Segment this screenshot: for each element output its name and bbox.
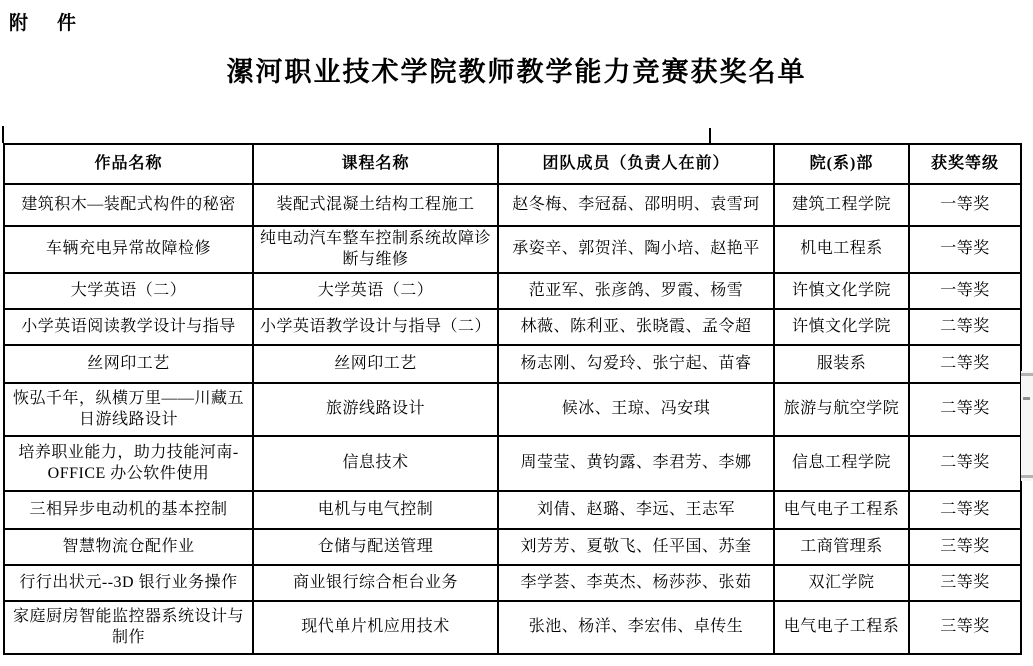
cell-team-members: 刘倩、赵璐、李远、王志军 bbox=[498, 491, 774, 529]
cell-team-members: 张池、杨洋、李宏伟、卓传生 bbox=[498, 601, 774, 654]
column-header-award-level: 获奖等级 bbox=[909, 144, 1021, 184]
header-row: 作品名称 课程名称 团队成员（负责人在前） 院(系)部 获奖等级 bbox=[4, 144, 1021, 184]
cell-award-level: 三等奖 bbox=[909, 601, 1021, 654]
cell-team-members: 候冰、王琼、冯安琪 bbox=[498, 383, 774, 436]
cell-work-name: 三相异步电动机的基本控制 bbox=[4, 491, 253, 529]
cell-award-level: 二等奖 bbox=[909, 436, 1021, 491]
awards-table-body: 建筑积木—装配式构件的秘密 装配式混凝土结构工程施工 赵冬梅、李冠磊、邵明明、袁… bbox=[4, 184, 1021, 654]
cell-work-name: 培养职业能力，助力技能河南-OFFICE 办公软件使用 bbox=[4, 436, 253, 491]
table-row: 大学英语（二） 大学英语（二） 范亚军、张彦鸽、罗霞、杨雪 许慎文化学院 一等奖 bbox=[4, 273, 1021, 309]
cell-award-level: 一等奖 bbox=[909, 184, 1021, 226]
cell-award-level: 一等奖 bbox=[909, 226, 1021, 273]
cell-work-name: 小学英语阅读教学设计与指导 bbox=[4, 309, 253, 345]
table-row: 小学英语阅读教学设计与指导 小学英语教学设计与指导（二） 林薇、陈利亚、张晓霞、… bbox=[4, 309, 1021, 345]
cell-department: 服装系 bbox=[774, 345, 909, 383]
scrollbar-thumb[interactable] bbox=[1023, 397, 1030, 400]
cell-award-level: 三等奖 bbox=[909, 529, 1021, 565]
attachment-label: 附 件 bbox=[9, 8, 81, 35]
cell-work-name: 大学英语（二） bbox=[4, 273, 253, 309]
cell-course-name: 商业银行综合柜台业务 bbox=[253, 565, 498, 601]
cell-team-members: 范亚军、张彦鸽、罗霞、杨雪 bbox=[498, 273, 774, 309]
cell-team-members: 刘芳芳、夏敬飞、任平国、苏奎 bbox=[498, 529, 774, 565]
cell-team-members: 周莹莹、黄钧露、李君芳、李娜 bbox=[498, 436, 774, 491]
cell-department: 双汇学院 bbox=[774, 565, 909, 601]
cell-department: 工商管理系 bbox=[774, 529, 909, 565]
cell-course-name: 旅游线路设计 bbox=[253, 383, 498, 436]
table-border-artifact-left bbox=[2, 126, 4, 143]
cell-work-name: 丝网印工艺 bbox=[4, 345, 253, 383]
cell-work-name: 恢弘千年，纵横万里——川藏五日游线路设计 bbox=[4, 383, 253, 436]
cell-course-name: 大学英语（二） bbox=[253, 273, 498, 309]
table-row: 家庭厨房智能监控器系统设计与制作 现代单片机应用技术 张池、杨洋、李宏伟、卓传生… bbox=[4, 601, 1021, 654]
cell-course-name: 丝网印工艺 bbox=[253, 345, 498, 383]
cell-award-level: 二等奖 bbox=[909, 309, 1021, 345]
cell-department: 建筑工程学院 bbox=[774, 184, 909, 226]
cell-work-name: 智慧物流仓配作业 bbox=[4, 529, 253, 565]
cell-team-members: 林薇、陈利亚、张晓霞、孟令超 bbox=[498, 309, 774, 345]
table-border-artifact-middle bbox=[709, 128, 711, 143]
cell-department: 电气电子工程系 bbox=[774, 491, 909, 529]
cell-course-name: 小学英语教学设计与指导（二） bbox=[253, 309, 498, 345]
scrollbar-bottom-edge bbox=[1021, 475, 1033, 478]
cell-course-name: 仓储与配送管理 bbox=[253, 529, 498, 565]
table-row: 建筑积木—装配式构件的秘密 装配式混凝土结构工程施工 赵冬梅、李冠磊、邵明明、袁… bbox=[4, 184, 1021, 226]
cell-award-level: 三等奖 bbox=[909, 565, 1021, 601]
cell-team-members: 杨志刚、勾爱玲、张宁起、苗睿 bbox=[498, 345, 774, 383]
column-header-course-name: 课程名称 bbox=[253, 144, 498, 184]
cell-team-members: 李学荟、李英杰、杨莎莎、张茹 bbox=[498, 565, 774, 601]
column-header-team-members: 团队成员（负责人在前） bbox=[498, 144, 774, 184]
cell-course-name: 信息技术 bbox=[253, 436, 498, 491]
cell-department: 许慎文化学院 bbox=[774, 309, 909, 345]
awards-table-header: 作品名称 课程名称 团队成员（负责人在前） 院(系)部 获奖等级 bbox=[4, 144, 1021, 184]
cell-work-name: 车辆充电异常故障检修 bbox=[4, 226, 253, 273]
cell-course-name: 电机与电气控制 bbox=[253, 491, 498, 529]
cell-work-name: 行行出状元--3D 银行业务操作 bbox=[4, 565, 253, 601]
cell-award-level: 一等奖 bbox=[909, 273, 1021, 309]
scrollbar-fragment[interactable] bbox=[1021, 371, 1033, 481]
scrollbar-top-edge bbox=[1021, 373, 1033, 376]
table-row: 恢弘千年，纵横万里——川藏五日游线路设计 旅游线路设计 候冰、王琼、冯安琪 旅游… bbox=[4, 383, 1021, 436]
table-row: 丝网印工艺 丝网印工艺 杨志刚、勾爱玲、张宁起、苗睿 服装系 二等奖 bbox=[4, 345, 1021, 383]
cell-department: 旅游与航空学院 bbox=[774, 383, 909, 436]
table-row: 行行出状元--3D 银行业务操作 商业银行综合柜台业务 李学荟、李英杰、杨莎莎、… bbox=[4, 565, 1021, 601]
cell-work-name: 建筑积木—装配式构件的秘密 bbox=[4, 184, 253, 226]
cell-course-name: 纯电动汽车整车控制系统故障诊断与维修 bbox=[253, 226, 498, 273]
cell-department: 许慎文化学院 bbox=[774, 273, 909, 309]
cell-award-level: 二等奖 bbox=[909, 383, 1021, 436]
cell-team-members: 赵冬梅、李冠磊、邵明明、袁雪珂 bbox=[498, 184, 774, 226]
cell-department: 机电工程系 bbox=[774, 226, 909, 273]
cell-course-name: 装配式混凝土结构工程施工 bbox=[253, 184, 498, 226]
cell-department: 电气电子工程系 bbox=[774, 601, 909, 654]
table-row: 培养职业能力，助力技能河南-OFFICE 办公软件使用 信息技术 周莹莹、黄钧露… bbox=[4, 436, 1021, 491]
column-header-work-name: 作品名称 bbox=[4, 144, 253, 184]
awards-table: 作品名称 课程名称 团队成员（负责人在前） 院(系)部 获奖等级 建筑积木—装配… bbox=[3, 143, 1022, 655]
cell-work-name: 家庭厨房智能监控器系统设计与制作 bbox=[4, 601, 253, 654]
column-header-department: 院(系)部 bbox=[774, 144, 909, 184]
table-row: 三相异步电动机的基本控制 电机与电气控制 刘倩、赵璐、李远、王志军 电气电子工程… bbox=[4, 491, 1021, 529]
cell-award-level: 二等奖 bbox=[909, 491, 1021, 529]
cell-team-members: 承姿辛、郭贺洋、陶小培、赵艳平 bbox=[498, 226, 774, 273]
table-row: 智慧物流仓配作业 仓储与配送管理 刘芳芳、夏敬飞、任平国、苏奎 工商管理系 三等… bbox=[4, 529, 1021, 565]
table-row: 车辆充电异常故障检修 纯电动汽车整车控制系统故障诊断与维修 承姿辛、郭贺洋、陶小… bbox=[4, 226, 1021, 273]
page-title: 漯河职业技术学院教师教学能力竞赛获奖名单 bbox=[0, 50, 1033, 89]
cell-award-level: 二等奖 bbox=[909, 345, 1021, 383]
cell-department: 信息工程学院 bbox=[774, 436, 909, 491]
cell-course-name: 现代单片机应用技术 bbox=[253, 601, 498, 654]
